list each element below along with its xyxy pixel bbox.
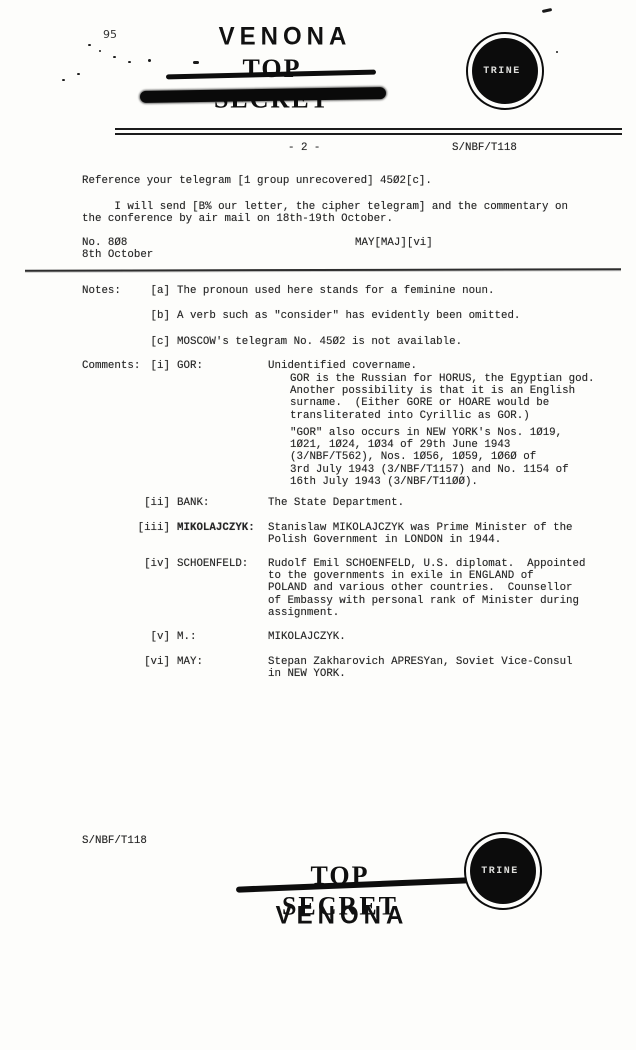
note-marker-c: [c]: [118, 336, 170, 348]
venona-banner-top: VENONA: [213, 22, 357, 51]
ink-speck: [556, 51, 558, 53]
comment-definition-mikolajczyk: Stanislaw MIKOLAJCZYK was Prime Minister…: [268, 522, 608, 546]
reference-number-footer: S/NBF/T118: [82, 835, 147, 847]
notes-label: Notes:: [82, 285, 121, 297]
note-marker-b: [b]: [118, 310, 170, 322]
section-divider-rule: [25, 268, 621, 272]
ink-speck: [148, 59, 151, 62]
note-text-b: A verb such as "consider" has evidently …: [177, 310, 520, 322]
trine-stamp-top: TRINE: [466, 32, 544, 110]
note-text-a: The pronoun used here stands for a femin…: [177, 285, 494, 297]
comment-term-m: M.:: [177, 631, 196, 643]
ink-speck: [99, 50, 101, 52]
comment-marker-vi: [vi]: [118, 656, 170, 668]
classification-heading-top: TOP SECRET: [182, 53, 362, 114]
scanned-document-page: 95 VENONA TOP SECRET TRINE - 2 - S/NBF/T…: [0, 0, 636, 1050]
telegram-body-paragraph: I will send [B% our letter, the cipher t…: [82, 201, 582, 225]
reference-number-header: S/NBF/T118: [452, 142, 517, 154]
handwritten-page-number: 95: [103, 28, 117, 41]
ink-speck: [128, 61, 131, 63]
comment-definition-bank: The State Department.: [268, 497, 608, 509]
comment-gor-paragraph-2: "GOR" also occurs in NEW YORK's Nos. 1Ø1…: [290, 427, 620, 488]
comment-term-mikolajczyk: MIKOLAJCZYK:: [177, 522, 255, 534]
comment-term-schoenfeld: SCHOENFELD:: [177, 558, 248, 570]
comment-term-may: MAY:: [177, 656, 203, 668]
comment-definition-gor: Unidentified covername.: [268, 360, 417, 372]
telegram-reference-line: Reference your telegram [1 group unrecov…: [82, 175, 432, 187]
ink-speck: [62, 79, 65, 81]
trine-stamp-label: TRINE: [483, 66, 521, 77]
ink-speck: [542, 8, 552, 13]
comment-definition-schoenfeld: Rudolf Emil SCHOENFELD, U.S. diplomat. A…: [268, 558, 608, 619]
trine-stamp-disc: TRINE: [470, 838, 536, 904]
comment-marker-iv: [iv]: [118, 558, 170, 570]
telegram-signature: MAY[MAJ][vi]: [355, 237, 433, 249]
comment-marker-ii: [ii]: [118, 497, 170, 509]
comment-marker-i: [i]: [118, 360, 170, 372]
comment-term-bank: BANK:: [177, 497, 209, 509]
header-divider-double-rule: [115, 128, 622, 135]
comment-term-gor: GOR:: [177, 360, 203, 372]
ink-speck: [88, 44, 91, 46]
trine-stamp-disc: TRINE: [472, 38, 538, 104]
page-number: - 2 -: [288, 142, 320, 154]
comment-gor-paragraph-1: GOR is the Russian for HORUS, the Egypti…: [290, 373, 620, 422]
note-text-c: MOSCOW's telegram No. 45Ø2 is not availa…: [177, 336, 462, 348]
ink-speck: [113, 56, 116, 58]
telegram-message-number: No. 8Ø8: [82, 237, 127, 249]
telegram-message-date: 8th October: [82, 249, 153, 261]
comment-marker-iii: [iii]: [118, 522, 170, 534]
note-marker-a: [a]: [118, 285, 170, 297]
comment-definition-m: MIKOLAJCZYK.: [268, 631, 608, 643]
comment-definition-may: Stepan Zakharovich APRESYan, Soviet Vice…: [268, 656, 608, 680]
trine-stamp-label: TRINE: [481, 866, 519, 877]
ink-speck: [77, 73, 80, 75]
venona-banner-bottom: VENONA: [270, 901, 414, 930]
comment-marker-v: [v]: [118, 631, 170, 643]
trine-stamp-bottom: TRINE: [464, 832, 542, 910]
